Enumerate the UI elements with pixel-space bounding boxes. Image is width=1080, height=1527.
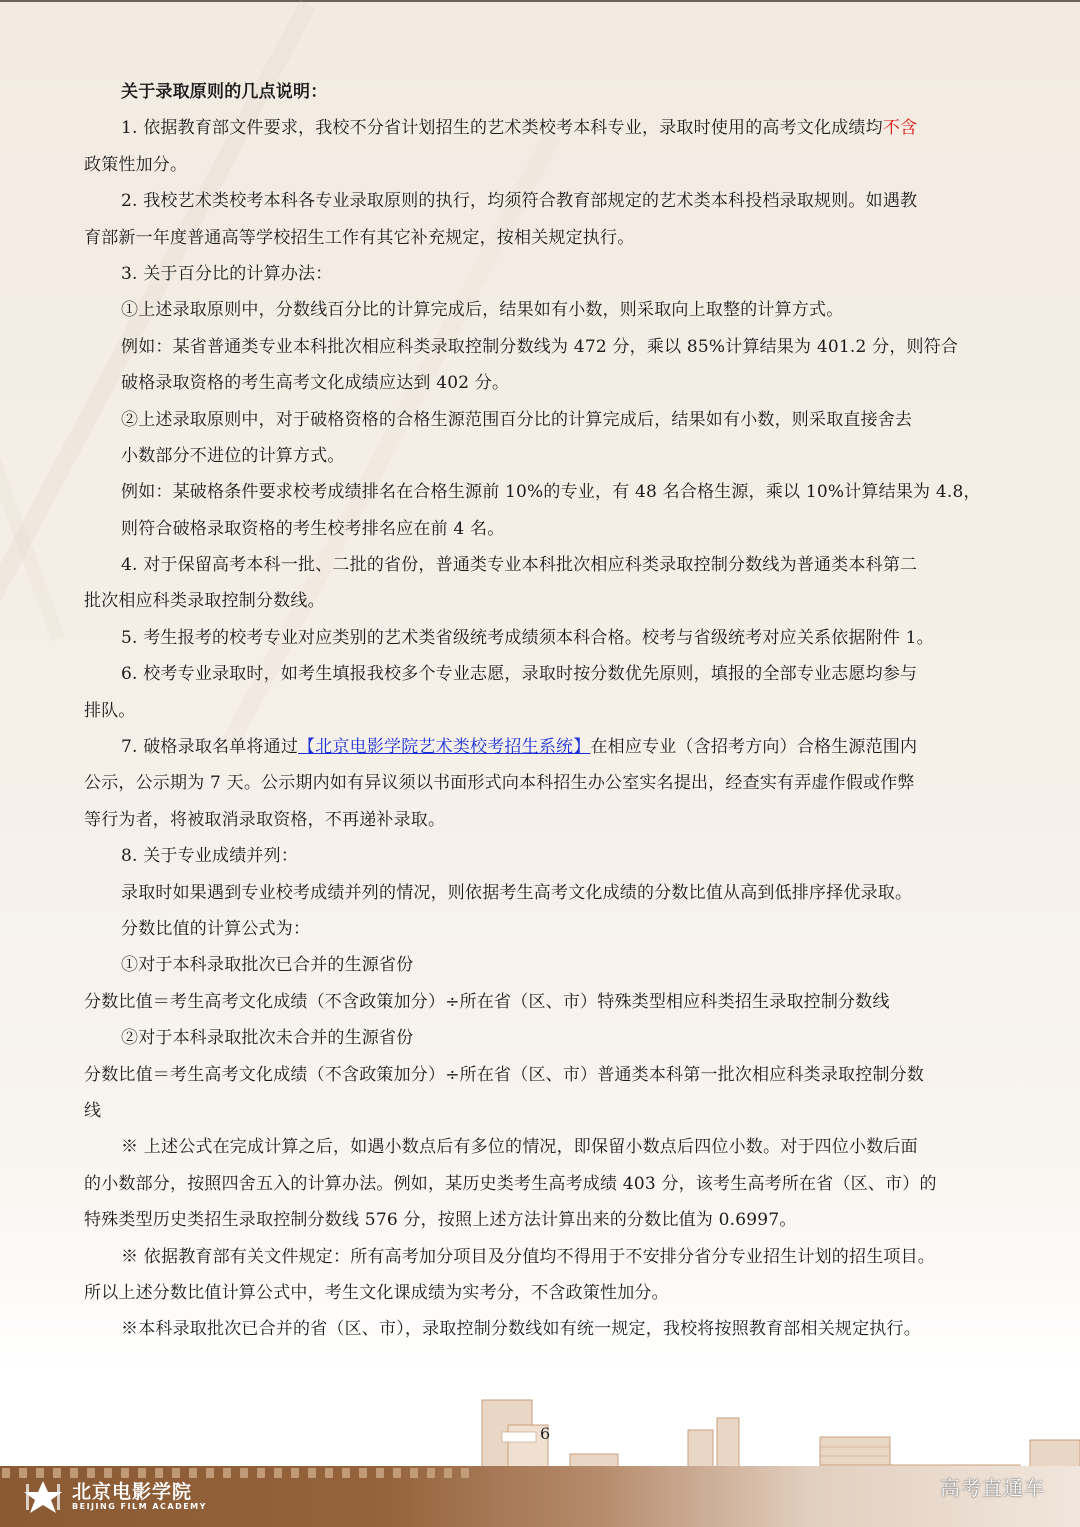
section-heading: 关于录取原则的几点说明：: [84, 74, 1000, 110]
logo-english-name: BEIJING FILM ACADEMY: [72, 1502, 207, 1512]
watermark-text: 高考直通车: [940, 1472, 1045, 1501]
paragraph-line: 破格录取资格的考生高考文化成绩应达到 402 分。: [84, 365, 1000, 401]
paragraph-line: 3. 关于百分比的计算办法：: [84, 256, 1000, 292]
formula-line: 线: [84, 1093, 1000, 1129]
page-number: 6: [540, 1424, 550, 1443]
paragraph-line: 1. 依据教育部文件要求，我校不分省计划招生的艺术类校考本科专业，录取时使用的高…: [84, 110, 1000, 146]
paragraph-line: 小数部分不进位的计算方式。: [84, 438, 1000, 474]
paragraph-line: ①对于本科录取批次已合并的生源省份: [84, 947, 1000, 983]
paragraph-line: 则符合破格录取资格的考生校考排名应在前 4 名。: [84, 511, 1000, 547]
paragraph-line: 公示，公示期为 7 天。公示期内如有异议须以书面形式向本科招生办公室实名提出，经…: [84, 765, 1000, 801]
note-line: ※ 上述公式在完成计算之后，如遇小数点后有多位的情况，即保留小数点后四位小数。对…: [84, 1129, 1000, 1165]
logo-chinese-name: 北京电影学院: [72, 1482, 207, 1502]
formula-line: 分数比值＝考生高考文化成绩（不含政策加分）÷所在省（区、市）特殊类型相应科类招生…: [84, 984, 1000, 1020]
paragraph-line: 分数比值的计算公式为：: [84, 911, 1000, 947]
paragraph-line: ②上述录取原则中，对于破格资格的合格生源范围百分比的计算完成后，结果如有小数，则…: [84, 402, 1000, 438]
paragraph-text: 1. 依据教育部文件要求，我校不分省计划招生的艺术类校考本科专业，录取时使用的高…: [121, 118, 883, 138]
paragraph-line: 8. 关于专业成绩并列：: [84, 838, 1000, 874]
formula-line: 分数比值＝考生高考文化成绩（不含政策加分）÷所在省（区、市）普通类本科第一批次相…: [84, 1057, 1000, 1093]
top-border: [0, 0, 1080, 2]
highlighted-text: 不含: [883, 118, 917, 138]
paragraph-line: 录取时如果遇到专业校考成绩并列的情况，则依据考生高考文化成绩的分数比值从高到低排…: [84, 875, 1000, 911]
admission-system-link[interactable]: 【北京电影学院艺术类校考招生系统】: [298, 737, 590, 757]
note-line: 的小数部分，按照四舍五入的计算办法。例如，某历史类考生高考成绩 403 分，该考…: [84, 1166, 1000, 1202]
paragraph-line: 政策性加分。: [84, 147, 1000, 183]
film-star-logo-icon: [22, 1480, 64, 1514]
paragraph-line: ①上述录取原则中，分数线百分比的计算完成后，结果如有小数，则采取向上取整的计算方…: [84, 292, 1000, 328]
note-line: ※本科录取批次已合并的省（区、市），录取控制分数线如有统一规定，我校将按照教育部…: [84, 1311, 1000, 1347]
paragraph-line: 7. 破格录取名单将通过【北京电影学院艺术类校考招生系统】在相应专业（含招考方向…: [84, 729, 1000, 765]
logo-text: 北京电影学院 BEIJING FILM ACADEMY: [72, 1482, 207, 1512]
document-body: 关于录取原则的几点说明： 1. 依据教育部文件要求，我校不分省计划招生的艺术类校…: [84, 74, 1000, 1348]
paragraph-line: 例如：某省普通类专业本科批次相应科类录取控制分数线为 472 分，乘以 85%计…: [84, 329, 1000, 365]
paragraph-line: 等行为者，将被取消录取资格，不再递补录取。: [84, 802, 1000, 838]
paragraph-line: 4. 对于保留高考本科一批、二批的省份，普通类专业本科批次相应科类录取控制分数线…: [84, 547, 1000, 583]
paragraph-line: 育部新一年度普通高等学校招生工作有其它补充规定，按相关规定执行。: [84, 220, 1000, 256]
paragraph-text: 在相应专业（含招考方向）合格生源范围内: [590, 737, 917, 757]
note-line: ※ 依据教育部有关文件规定：所有高考加分项目及分值均不得用于不安排分省分专业招生…: [84, 1239, 1000, 1275]
paragraph-line: ②对于本科录取批次未合并的生源省份: [84, 1020, 1000, 1056]
paragraph-line: 5. 考生报考的校考专业对应类别的艺术类省级统考成绩须本科合格。校考与省级统考对…: [84, 620, 1000, 656]
paragraph-line: 排队。: [84, 693, 1000, 729]
beijing-film-academy-logo: 北京电影学院 BEIJING FILM ACADEMY: [22, 1480, 207, 1514]
paragraph-line: 6. 校考专业录取时，如考生填报我校多个专业志愿，录取时按分数优先原则，填报的全…: [84, 656, 1000, 692]
paragraph-line: 2. 我校艺术类校考本科各专业录取原则的执行，均须符合教育部规定的艺术类本科投档…: [84, 183, 1000, 219]
paragraph-line: 批次相应科类录取控制分数线。: [84, 583, 1000, 619]
note-line: 特殊类型历史类招生录取控制分数线 576 分，按照上述方法计算出来的分数比值为 …: [84, 1202, 1000, 1238]
note-line: 所以上述分数比值计算公式中，考生文化课成绩为实考分，不含政策性加分。: [84, 1275, 1000, 1311]
paragraph-line: 例如：某破格条件要求校考成绩排名在合格生源前 10%的专业，有 48 名合格生源…: [84, 474, 1000, 510]
paragraph-text: 7. 破格录取名单将通过: [121, 737, 298, 757]
